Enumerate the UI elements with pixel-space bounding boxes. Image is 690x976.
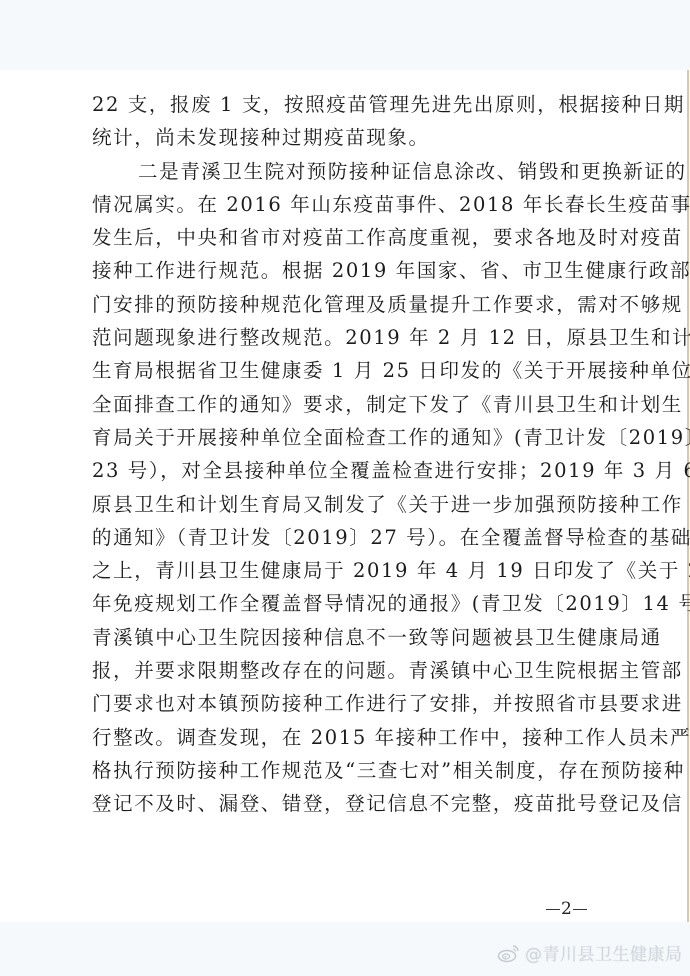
page-number-value: 2 xyxy=(561,899,572,919)
paragraph-start-line: 二是青溪卫生院对预防接种证信息涂改、销毁和更换新证的 xyxy=(92,155,602,188)
text-line: 报，并要求限期整改存在的问题。青溪镇中心卫生院根据主管部 xyxy=(92,654,602,687)
top-margin-band xyxy=(0,0,690,70)
text-line: 格执行预防接种工作规范及“三查七对”相关制度，存在预防接种 xyxy=(92,754,602,787)
weibo-icon xyxy=(497,943,521,963)
document-page: 22 支，报废 1 支，按照疫苗管理先进先出原则，根据接种日期 统计，尚未发现接… xyxy=(0,70,689,922)
text-line: 登记不及时、漏登、错登，登记信息不完整，疫苗批号登记及信 xyxy=(92,787,602,820)
page-number: 2 xyxy=(545,899,588,919)
text-line: 23 号），对全县接种单位全覆盖检查进行安排；2019 年 3 月 6 日， xyxy=(92,454,602,487)
dash-right xyxy=(573,909,587,911)
text-line: 青溪镇中心卫生院因接种信息不一致等问题被县卫生健康局通 xyxy=(92,621,602,654)
watermark-text: @青川县卫生健康局 xyxy=(525,940,683,965)
text-line: 之上，青川县卫生健康局于 2019 年 4 月 19 日印发了《关于 2019 xyxy=(92,554,602,587)
text-line: 接种工作进行规范。根据 2019 年国家、省、市卫生健康行政部 xyxy=(92,254,602,287)
text-line: 统计，尚未发现接种过期疫苗现象。 xyxy=(92,121,604,154)
text-line: 年免疫规划工作全覆盖督导情况的通报》(青卫发〔2019〕14 号）， xyxy=(92,587,602,620)
text-line: 22 支，报废 1 支，按照疫苗管理先进先出原则，根据接种日期 xyxy=(92,88,602,121)
text-line: 的通知》（青卫计发〔2019〕27 号）。在全覆盖督导检查的基础 xyxy=(92,521,602,554)
text-line: 门要求也对本镇预防接种工作进行了安排，并按照省市县要求进 xyxy=(92,687,602,720)
text-line: 情况属实。在 2016 年山东疫苗事件、2018 年长春长生疫苗事件 xyxy=(92,188,602,221)
text-line: 生育局根据省卫生健康委 1 月 25 日印发的《关于开展接种单位 xyxy=(92,354,602,387)
text-line: 行整改。调查发现，在 2015 年接种工作中，接种工作人员未严 xyxy=(92,721,602,754)
weibo-watermark: @青川县卫生健康局 xyxy=(497,940,683,965)
document-body: 22 支，报废 1 支，按照疫苗管理先进先出原则，根据接种日期 统计，尚未发现接… xyxy=(92,88,604,821)
text-line: 全面排查工作的通知》要求，制定下发了《青川县卫生和计划生 xyxy=(92,388,602,421)
dash-left xyxy=(546,909,560,911)
text-line: 范问题现象进行整改规范。2019 年 2 月 12 日，原县卫生和计划 xyxy=(92,321,602,354)
text-line: 原县卫生和计划生育局又制发了《关于进一步加强预防接种工作 xyxy=(92,488,602,521)
text-line: 育局关于开展接种单位全面检查工作的通知》(青卫计发〔2019〕 xyxy=(92,421,602,454)
text-line: 发生后，中央和省市对疫苗工作高度重视，要求各地及时对疫苗 xyxy=(92,221,602,254)
text-line: 门安排的预防接种规范化管理及质量提升工作要求，需对不够规 xyxy=(92,288,602,321)
